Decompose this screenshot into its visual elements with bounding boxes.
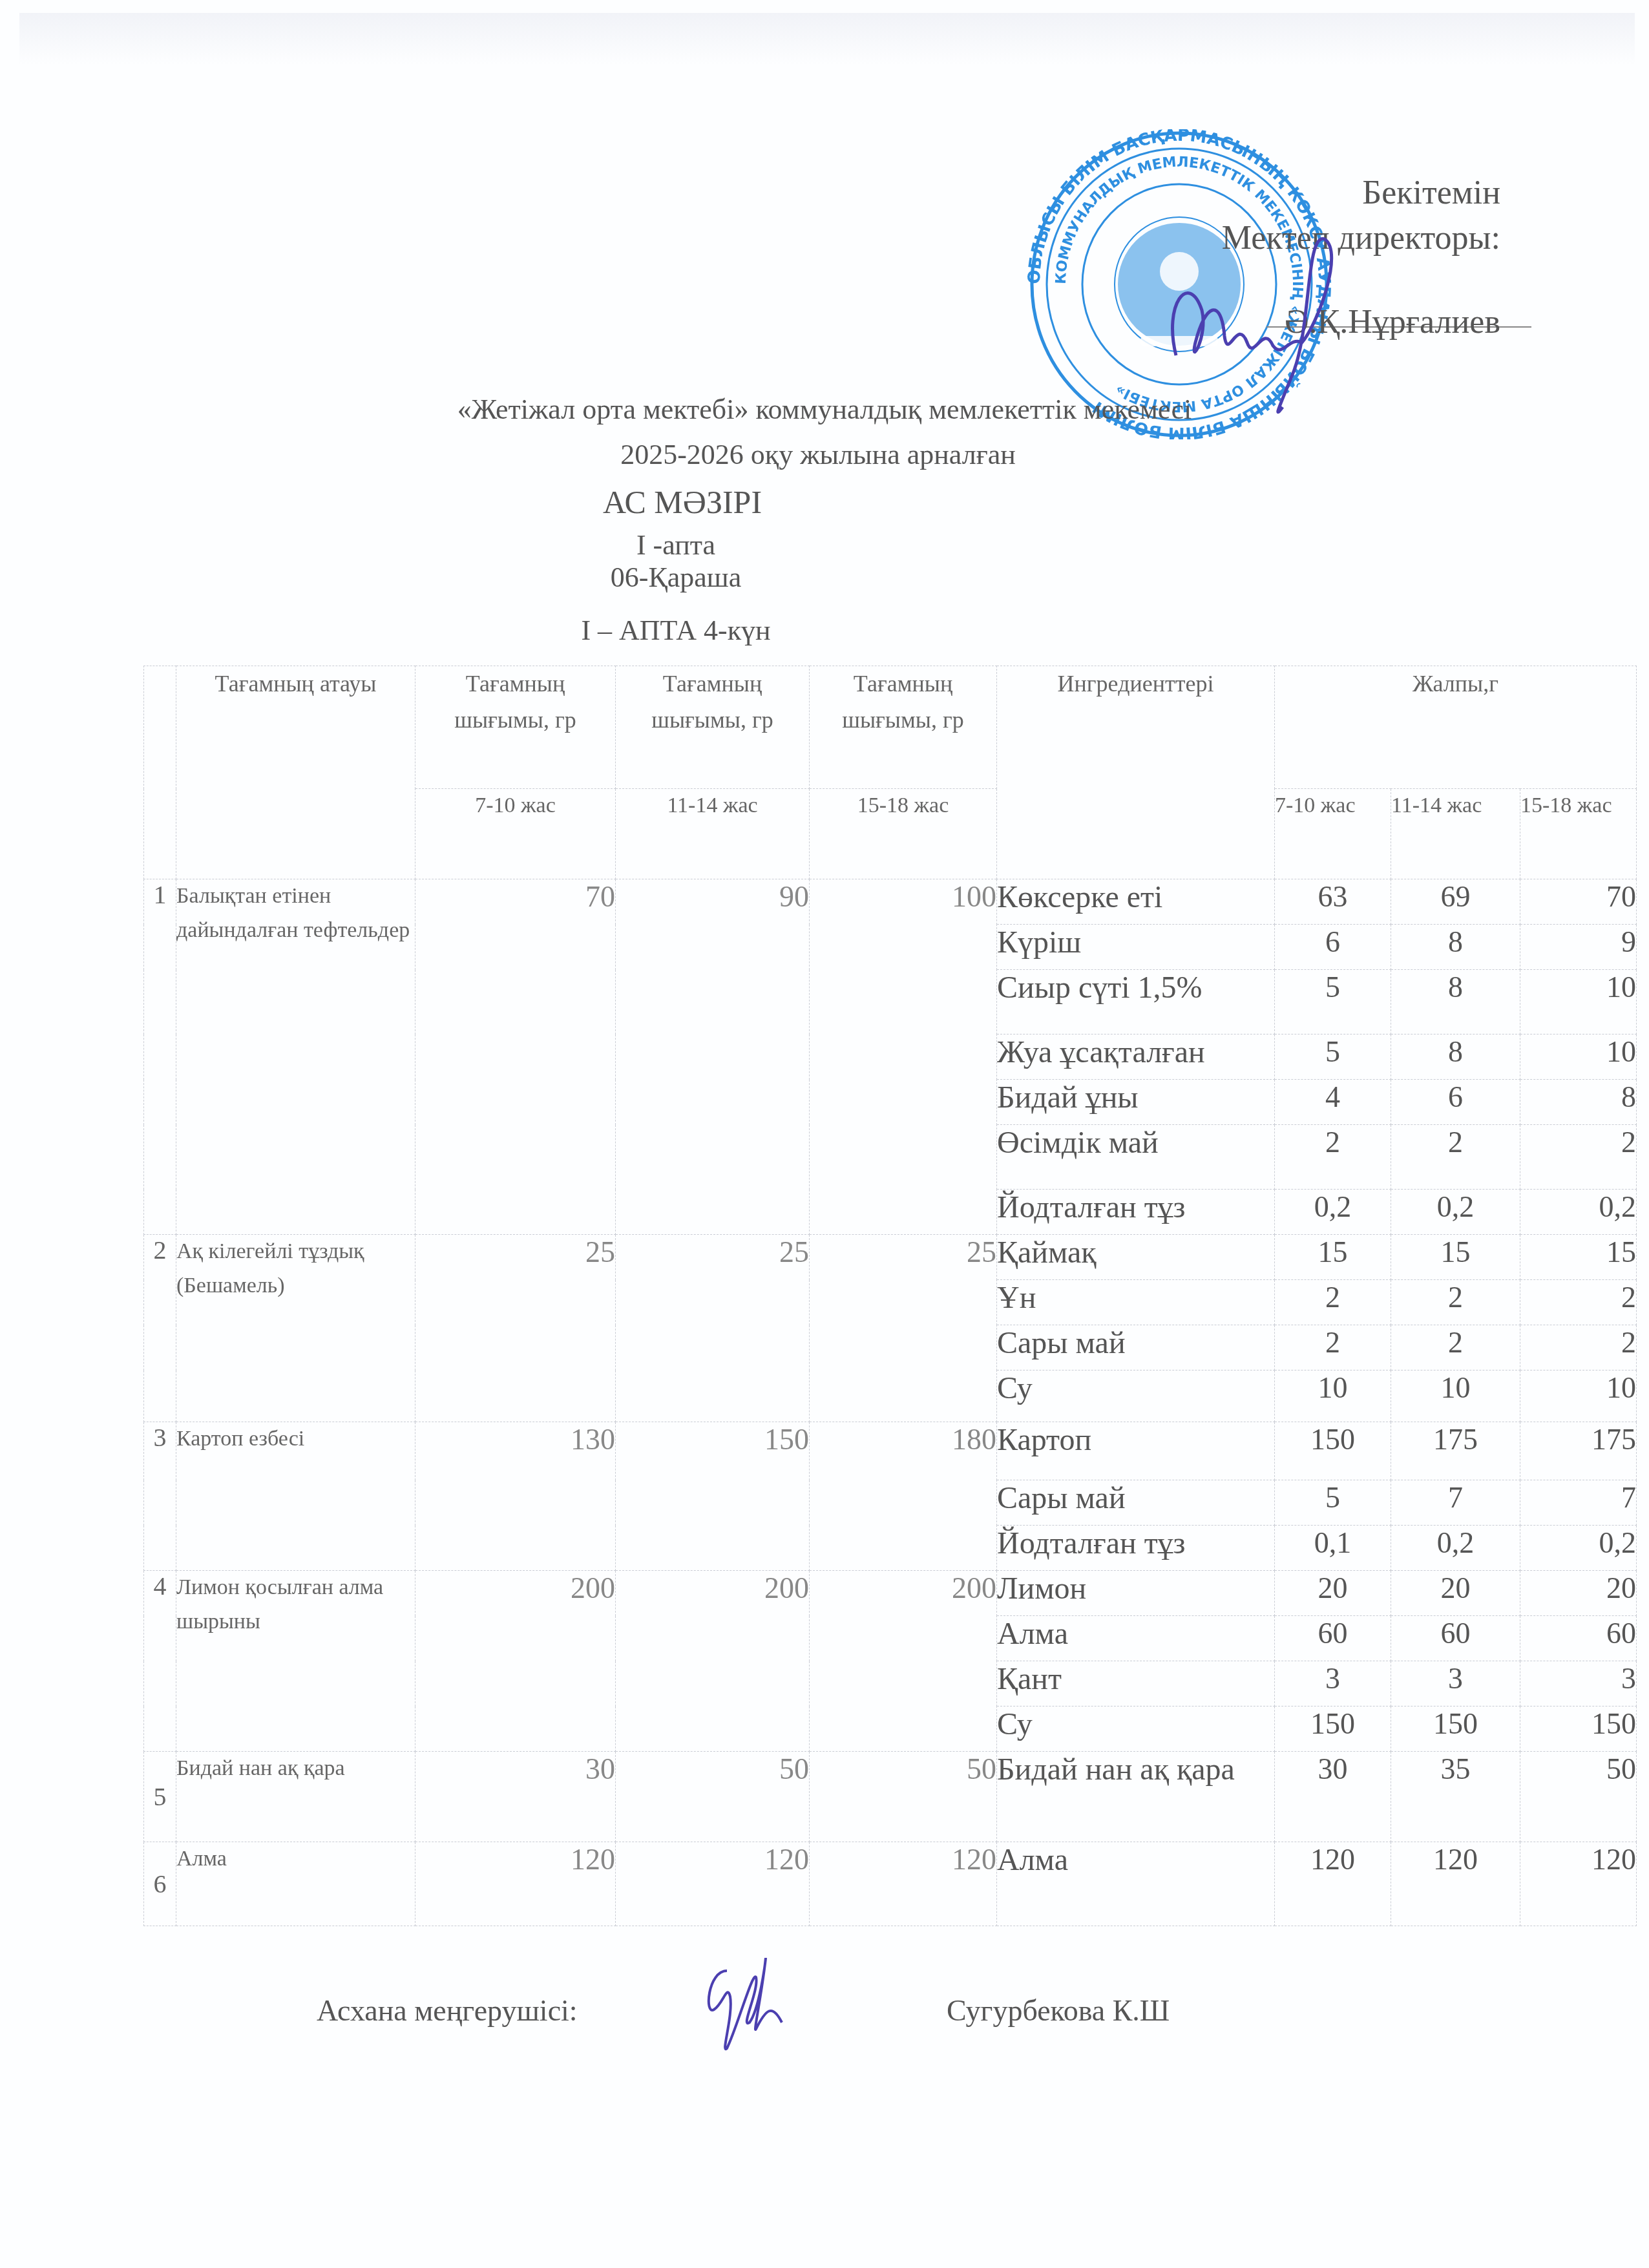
dish-number: 2 xyxy=(144,1235,176,1422)
dish-output-7-10: 200 xyxy=(415,1571,616,1752)
ingredient-amount-7-10: 15 xyxy=(1275,1235,1391,1280)
dish-output-15-18: 180 xyxy=(810,1422,997,1571)
dish-output-7-10: 30 xyxy=(415,1752,616,1842)
ingredient-amount-11-14: 0,2 xyxy=(1391,1526,1520,1571)
dish-name: Балықтан етінен дайындалған тефтельдер xyxy=(176,879,415,1235)
table-row: 3Картоп езбесі130150180Картоп150175175 xyxy=(144,1422,1637,1480)
dish-output-11-14: 120 xyxy=(616,1842,810,1926)
ingredient-name: Сары май xyxy=(997,1480,1275,1526)
dish-name: Алма xyxy=(176,1842,415,1926)
ingredient-amount-7-10: 0,2 xyxy=(1275,1190,1391,1235)
menu-table: Тағамның атауы Тағамның шығымы, гр Тағам… xyxy=(143,666,1637,1926)
dish-output-11-14: 90 xyxy=(616,879,810,1235)
table-row: 1Балықтан етінен дайындалған тефтельдер7… xyxy=(144,879,1637,925)
header-total-7-10: 7-10 жас xyxy=(1275,789,1391,879)
ingredient-name: Алма xyxy=(997,1616,1275,1661)
dish-output-15-18: 25 xyxy=(810,1235,997,1422)
dish-output-7-10: 70 xyxy=(415,879,616,1235)
ingredient-amount-7-10: 5 xyxy=(1275,1480,1391,1526)
dish-output-11-14: 200 xyxy=(616,1571,810,1752)
ingredient-amount-7-10: 63 xyxy=(1275,879,1391,925)
ingredient-amount-11-14: 60 xyxy=(1391,1616,1520,1661)
ingredient-amount-7-10: 20 xyxy=(1275,1571,1391,1616)
ingredient-amount-11-14: 2 xyxy=(1391,1325,1520,1370)
table-row: 2Ақ кілегейлі тұздық (Бешамель)252525Қай… xyxy=(144,1235,1637,1280)
ingredient-amount-11-14: 15 xyxy=(1391,1235,1520,1280)
ingredient-amount-7-10: 3 xyxy=(1275,1661,1391,1706)
dish-output-15-18: 100 xyxy=(810,879,997,1235)
cook-role: Асхана меңгерушісі: xyxy=(317,1993,578,2028)
ingredient-amount-15-18: 0,2 xyxy=(1520,1526,1637,1571)
dish-output-7-10: 120 xyxy=(415,1842,616,1926)
ingredient-name: Ұн xyxy=(997,1280,1275,1325)
ingredient-amount-7-10: 6 xyxy=(1275,925,1391,970)
dish-output-11-14: 25 xyxy=(616,1235,810,1422)
dish-number: 1 xyxy=(144,879,176,1235)
dish-output-7-10: 130 xyxy=(415,1422,616,1571)
ingredient-name: Жуа ұсақталған xyxy=(997,1034,1275,1080)
dish-number: 4 xyxy=(144,1571,176,1752)
ingredient-amount-7-10: 2 xyxy=(1275,1280,1391,1325)
ingredient-name: Су xyxy=(997,1370,1275,1422)
header-total: Жалпы,г xyxy=(1275,666,1637,789)
ingredient-name: Йодталған тұз xyxy=(997,1190,1275,1235)
ingredient-amount-7-10: 2 xyxy=(1275,1125,1391,1190)
ingredient-amount-11-14: 2 xyxy=(1391,1280,1520,1325)
dish-name: Бидай нан ақ қара xyxy=(176,1752,415,1842)
ingredient-name: Өсімдік май xyxy=(997,1125,1275,1190)
ingredient-name: Көксерке еті xyxy=(997,879,1275,925)
header-num xyxy=(144,666,176,879)
dish-number: 3 xyxy=(144,1422,176,1571)
table-row: 4Лимон қосылған алма шырыны200200200Лимо… xyxy=(144,1571,1637,1616)
day-label: І – АПТА 4-күн xyxy=(0,614,1500,647)
ingredient-amount-7-10: 5 xyxy=(1275,1034,1391,1080)
table-row: 6Алма120120120Алма120120120 xyxy=(144,1842,1637,1926)
dish-output-15-18: 200 xyxy=(810,1571,997,1752)
dish-output-15-18: 50 xyxy=(810,1752,997,1842)
document-title: АС МӘЗІРІ xyxy=(0,483,1507,521)
ingredient-amount-15-18: 10 xyxy=(1520,1370,1637,1422)
ingredient-name: Қант xyxy=(997,1661,1275,1706)
ingredient-amount-7-10: 4 xyxy=(1275,1080,1391,1125)
ingredient-amount-15-18: 150 xyxy=(1520,1706,1637,1752)
ingredient-amount-11-14: 175 xyxy=(1391,1422,1520,1480)
ingredient-amount-15-18: 120 xyxy=(1520,1842,1637,1926)
ingredient-name: Сары май xyxy=(997,1325,1275,1370)
ingredient-amount-7-10: 0,1 xyxy=(1275,1526,1391,1571)
ingredient-amount-15-18: 50 xyxy=(1520,1752,1637,1842)
header-total-11-14: 11-14 жас xyxy=(1391,789,1520,879)
ingredient-amount-11-14: 20 xyxy=(1391,1571,1520,1616)
ingredient-name: Картоп xyxy=(997,1422,1275,1480)
ingredient-amount-7-10: 30 xyxy=(1275,1752,1391,1842)
cook-signature-icon xyxy=(701,1958,869,2055)
dish-name: Лимон қосылған алма шырыны xyxy=(176,1571,415,1752)
ingredient-name: Күріш xyxy=(997,925,1275,970)
header-dish-name: Тағамның атауы xyxy=(176,666,415,879)
dish-output-11-14: 50 xyxy=(616,1752,810,1842)
header-output-15-18: Тағамның шығымы, гр xyxy=(810,666,997,789)
ingredient-name: Йодталған тұз xyxy=(997,1526,1275,1571)
cook-name: Сугурбекова К.Ш xyxy=(947,1993,1170,2028)
ingredient-name: Бидай ұны xyxy=(997,1080,1275,1125)
ingredient-amount-11-14: 2 xyxy=(1391,1125,1520,1190)
dish-number: 6 xyxy=(144,1842,176,1926)
ingredient-amount-15-18: 7 xyxy=(1520,1480,1637,1526)
header-output-7-10: Тағамның шығымы, гр xyxy=(415,666,616,789)
scan-shadow xyxy=(19,13,1635,65)
ingredient-amount-15-18: 175 xyxy=(1520,1422,1637,1480)
dish-name: Ақ кілегейлі тұздық (Бешамель) xyxy=(176,1235,415,1422)
ingredient-amount-15-18: 3 xyxy=(1520,1661,1637,1706)
date-label: 06-Қараша xyxy=(0,561,1500,594)
ingredient-name: Сиыр сүті 1,5% xyxy=(997,970,1275,1034)
ingredient-name: Бидай нан ақ қара xyxy=(997,1752,1275,1842)
ingredient-amount-15-18: 8 xyxy=(1520,1080,1637,1125)
ingredient-amount-15-18: 15 xyxy=(1520,1235,1637,1280)
ingredient-amount-11-14: 10 xyxy=(1391,1370,1520,1422)
ingredient-amount-7-10: 5 xyxy=(1275,970,1391,1034)
ingredient-amount-11-14: 8 xyxy=(1391,1034,1520,1080)
table-row: 5Бидай нан ақ қара305050Бидай нан ақ қар… xyxy=(144,1752,1637,1842)
ingredient-amount-11-14: 6 xyxy=(1391,1080,1520,1125)
header-output-11-14: Тағамның шығымы, гр xyxy=(616,666,810,789)
dish-output-15-18: 120 xyxy=(810,1842,997,1926)
week-label: І -апта xyxy=(0,529,1500,562)
ingredient-amount-7-10: 60 xyxy=(1275,1616,1391,1661)
ingredient-amount-7-10: 150 xyxy=(1275,1706,1391,1752)
ingredient-amount-7-10: 150 xyxy=(1275,1422,1391,1480)
approval-label: Бекітемін xyxy=(1362,171,1500,215)
ingredient-amount-15-18: 10 xyxy=(1520,1034,1637,1080)
ingredient-amount-15-18: 2 xyxy=(1520,1280,1637,1325)
ingredient-amount-11-14: 8 xyxy=(1391,970,1520,1034)
ingredient-amount-15-18: 60 xyxy=(1520,1616,1637,1661)
ingredient-amount-11-14: 69 xyxy=(1391,879,1520,925)
ingredient-amount-11-14: 8 xyxy=(1391,925,1520,970)
ingredient-amount-15-18: 2 xyxy=(1520,1125,1637,1190)
ingredient-amount-15-18: 10 xyxy=(1520,970,1637,1034)
ingredient-amount-15-18: 20 xyxy=(1520,1571,1637,1616)
ingredient-amount-11-14: 120 xyxy=(1391,1842,1520,1926)
dish-name: Картоп езбесі xyxy=(176,1422,415,1571)
ingredient-amount-7-10: 10 xyxy=(1275,1370,1391,1422)
dish-output-7-10: 25 xyxy=(415,1235,616,1422)
header-total-15-18: 15-18 жас xyxy=(1520,789,1637,879)
ingredient-name: Қаймақ xyxy=(997,1235,1275,1280)
ingredient-amount-7-10: 120 xyxy=(1275,1842,1391,1926)
ingredient-amount-11-14: 7 xyxy=(1391,1480,1520,1526)
ingredient-name: Алма xyxy=(997,1842,1275,1926)
ingredient-amount-11-14: 150 xyxy=(1391,1706,1520,1752)
ingredient-name: Лимон xyxy=(997,1571,1275,1616)
ingredient-amount-15-18: 2 xyxy=(1520,1325,1637,1370)
dish-output-11-14: 150 xyxy=(616,1422,810,1571)
ingredient-amount-15-18: 0,2 xyxy=(1520,1190,1637,1235)
menu-body: 1Балықтан етінен дайындалған тефтельдер7… xyxy=(144,879,1637,1926)
academic-year: 2025-2026 оқу жылына арналған xyxy=(0,438,1643,471)
institution-title: «Жетіжал орта мектебі» коммуналдық мемле… xyxy=(0,393,1649,426)
ingredient-amount-11-14: 0,2 xyxy=(1391,1190,1520,1235)
ingredient-amount-11-14: 3 xyxy=(1391,1661,1520,1706)
ingredient-amount-15-18: 70 xyxy=(1520,879,1637,925)
ingredient-amount-11-14: 35 xyxy=(1391,1752,1520,1842)
header-age-11-14: 11-14 жас xyxy=(616,789,810,879)
header-age-7-10: 7-10 жас xyxy=(415,789,616,879)
dish-number: 5 xyxy=(144,1752,176,1842)
header-age-15-18: 15-18 жас xyxy=(810,789,997,879)
ingredient-amount-15-18: 9 xyxy=(1520,925,1637,970)
ingredient-name: Су xyxy=(997,1706,1275,1752)
ingredient-amount-7-10: 2 xyxy=(1275,1325,1391,1370)
header-ingredients: Ингредиенттері xyxy=(997,666,1275,879)
